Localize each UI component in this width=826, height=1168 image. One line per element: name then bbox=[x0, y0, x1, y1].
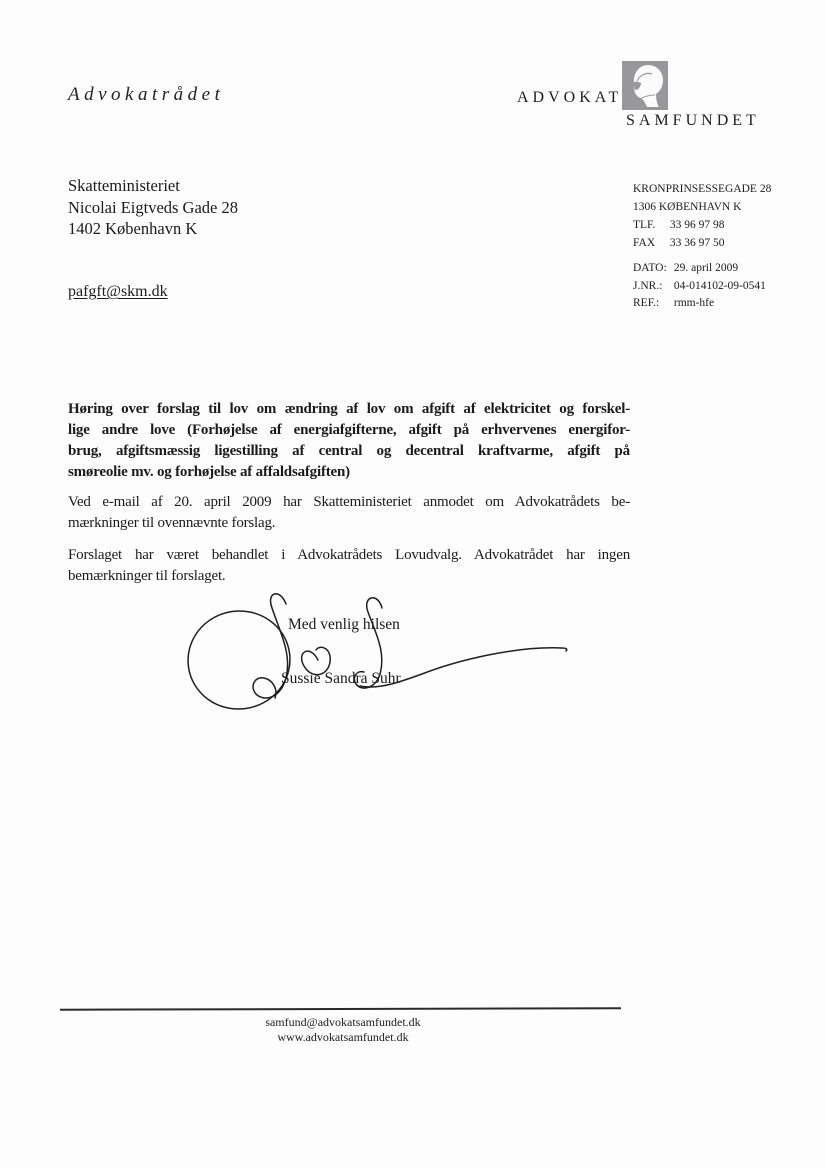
fax-value: 33 36 97 50 bbox=[670, 237, 725, 249]
phone-label: TLF. bbox=[633, 216, 667, 234]
date-value: 29. april 2009 bbox=[674, 262, 738, 274]
ref-label: REF.: bbox=[633, 295, 671, 313]
journal-row: J.NR.: 04-014102-09-0541 bbox=[633, 278, 771, 296]
brand-script-advokatraadet: Advokatrådet bbox=[68, 84, 224, 106]
journal-label: J.NR.: bbox=[633, 278, 671, 296]
date-label: DATO: bbox=[633, 260, 671, 278]
subject-line: brug, afgiftsmæssig ligestilling af cent… bbox=[68, 441, 630, 462]
ref-value: rmm-hfe bbox=[674, 297, 714, 309]
footer-email: samfund@advokatsamfundet.dk bbox=[178, 1015, 508, 1030]
recipient-street: Nicolai Eigtveds Gade 28 bbox=[68, 197, 238, 219]
subject-line: lige andre love (Forhøjelse af energiafg… bbox=[68, 420, 630, 441]
fax-label: FAX bbox=[633, 234, 667, 252]
sender-info-block: KRONPRINSESSEGADE 28 1306 KØBENHAVN K TL… bbox=[633, 180, 771, 313]
body-line: mærkninger til ovennævnte forslag. bbox=[68, 513, 630, 534]
recipient-name: Skatteministeriet bbox=[68, 175, 238, 197]
subject-line: smøreolie mv. og forhøjelse af affaldsaf… bbox=[68, 462, 630, 483]
footer-divider bbox=[60, 1007, 621, 1010]
body-paragraph-1: Ved e-mail af 20. april 2009 har Skattem… bbox=[68, 492, 630, 534]
sender-street: KRONPRINSESSEGADE 28 bbox=[633, 180, 771, 198]
sender-city: 1306 KØBENHAVN K bbox=[633, 198, 771, 216]
handwritten-signature-icon bbox=[186, 590, 578, 716]
closing-salutation: Med venlig hilsen bbox=[288, 616, 400, 634]
footer-website: www.advokatsamfundet.dk bbox=[178, 1030, 508, 1045]
date-row: DATO: 29. april 2009 bbox=[633, 260, 771, 278]
footer-contact: samfund@advokatsamfundet.dk www.advokats… bbox=[178, 1015, 508, 1044]
subject-heading: Høring over forslag til lov om ændring a… bbox=[68, 399, 630, 483]
phone-value: 33 96 97 98 bbox=[670, 219, 725, 231]
letter-page: Advokatrådet ADVOKAT SAMFUNDET Skattemin… bbox=[0, 0, 826, 1168]
journal-value: 04-014102-09-0541 bbox=[674, 280, 766, 292]
letter-meta-block: DATO: 29. april 2009 J.NR.: 04-014102-09… bbox=[633, 260, 771, 313]
sender-fax-row: FAX 33 36 97 50 bbox=[633, 234, 771, 252]
org-name-samfundet: SAMFUNDET bbox=[626, 112, 760, 130]
ref-row: REF.: rmm-hfe bbox=[633, 295, 771, 313]
body-line: bemærkninger til forslaget. bbox=[68, 566, 630, 587]
recipient-email-link[interactable]: pafgft@skm.dk bbox=[68, 283, 168, 301]
recipient-address: Skatteministeriet Nicolai Eigtveds Gade … bbox=[68, 175, 238, 240]
body-paragraph-2: Forslaget har været behandlet i Advokatr… bbox=[68, 545, 630, 587]
body-line: Ved e-mail af 20. april 2009 har Skattem… bbox=[68, 492, 630, 513]
advokatsamfundet-logo bbox=[622, 61, 668, 110]
subject-line: Høring over forslag til lov om ændring a… bbox=[68, 399, 630, 420]
recipient-city: 1402 København K bbox=[68, 218, 238, 240]
signer-name: Sussie Sandra Suhr bbox=[281, 670, 401, 688]
org-name-advokat: ADVOKAT bbox=[517, 89, 622, 107]
sender-phone-row: TLF. 33 96 97 98 bbox=[633, 216, 771, 234]
body-line: Forslaget har været behandlet i Advokatr… bbox=[68, 545, 630, 566]
